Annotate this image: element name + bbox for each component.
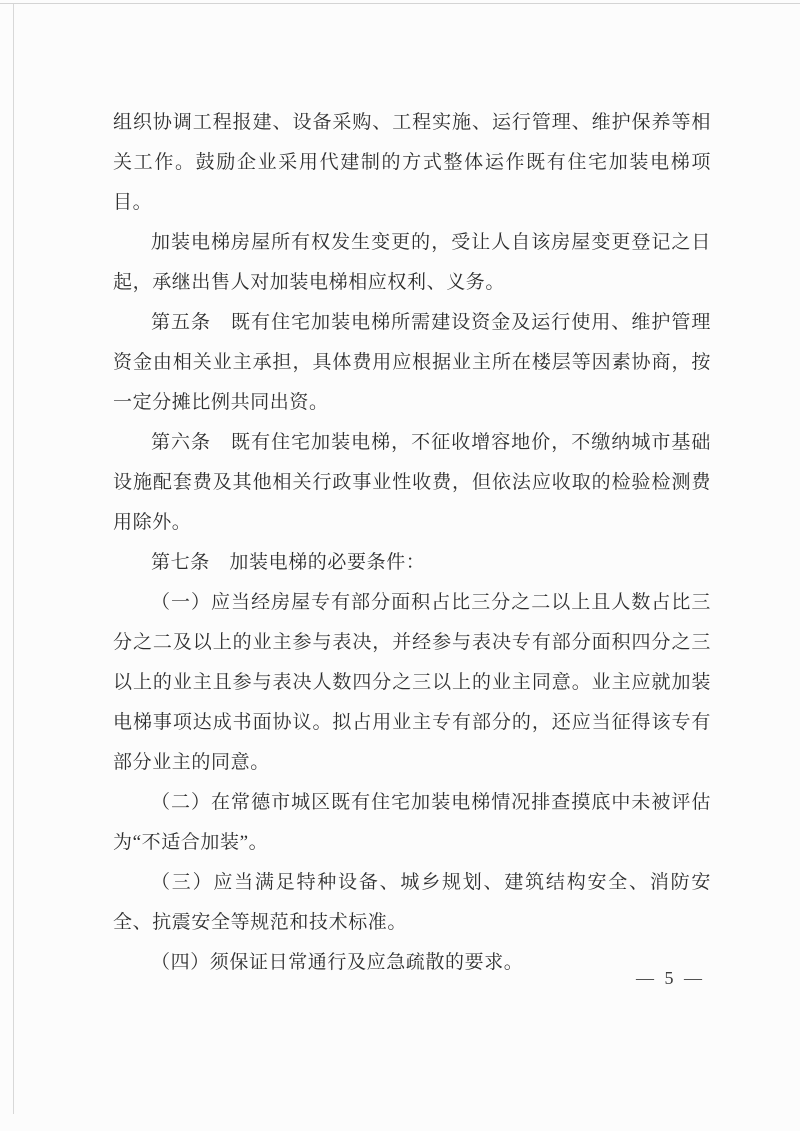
paragraph: 第五条 既有住宅加装电梯所需建设资金及运行使用、维护管理资金由相关业主承担，具体… [113,303,711,423]
paragraph: （一）应当经房屋专有部分面积占比三分之二以上且人数占比三分之二及以上的业主参与表… [113,583,711,783]
document-body: 组织协调工程报建、设备采购、工程实施、运行管理、维护保养等相关工作。鼓励企业采用… [113,103,711,983]
paragraph: （四）须保证日常通行及应急疏散的要求。 [113,943,711,983]
paragraph: 加装电梯房屋所有权发生变更的，受让人自该房屋变更登记之日起，承继出售人对加装电梯… [113,223,711,303]
paragraph: 第七条 加装电梯的必要条件： [113,543,711,583]
paragraph: 组织协调工程报建、设备采购、工程实施、运行管理、维护保养等相关工作。鼓励企业采用… [113,103,711,223]
paragraph: 第六条 既有住宅加装电梯，不征收增容地价，不缴纳城市基础设施配套费及其他相关行政… [113,423,711,543]
document-page: 组织协调工程报建、设备采购、工程实施、运行管理、维护保养等相关工作。鼓励企业采用… [0,0,800,1131]
scan-edge-left-line [13,4,14,1114]
paragraph: （三）应当满足特种设备、城乡规划、建筑结构安全、消防安全、抗震安全等规范和技术标… [113,863,711,943]
scan-edge-top-line [0,3,800,4]
page-number: — 5 — [636,966,705,990]
paragraph: （二）在常德市城区既有住宅加装电梯情况排查摸底中未被评估为“不适合加装”。 [113,783,711,863]
